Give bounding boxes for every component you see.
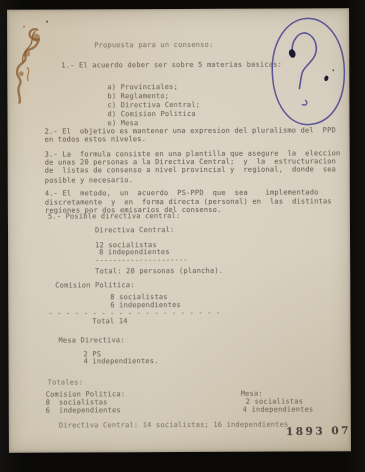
archive-number-stamp: 1893 07 (286, 425, 351, 438)
totales-header: Totales: (48, 378, 83, 387)
directiva-total: Total: 20 personas (plancha). (95, 267, 223, 276)
document-page: Propuesta para un consenso: 1.- El acuer… (7, 8, 351, 452)
agenda-item-a: a) Provinciales; (107, 83, 178, 92)
agenda-item-c: c) Directiva Central; (107, 101, 200, 110)
point-1: 1.- El acuerdo deber ser sobre 5 materia… (61, 61, 282, 70)
mesa-row: 4 independientes. (84, 357, 159, 366)
comision-header: Comision Politica: (55, 281, 135, 290)
point-2-line: en todos estos niveles. (45, 135, 147, 144)
agenda-item-b: b) Reglamento; (107, 92, 169, 101)
point-3-line: posible y necesario. (45, 176, 133, 185)
footer-summary-line: Directiva Central: 14 socialistas; 16 in… (59, 421, 289, 431)
rust-stain-icon (7, 17, 67, 112)
point-5-heading: 5.- Posible directiva central: (48, 212, 180, 221)
pen-question-mark-circle-icon (253, 8, 354, 138)
agenda-item-d: d) Comision Politica (107, 110, 195, 119)
document-title: Propuesta para un consenso: (94, 41, 213, 50)
ink-speck (46, 21, 48, 23)
totales-right-row: 4 independientes (243, 405, 314, 414)
divider-dashes: - - - - - - - - - - - - - - - - - - - - (48, 309, 220, 318)
directiva-header: Directiva Central: (95, 226, 175, 235)
divider-dashes: --------------------- (95, 256, 188, 265)
totales-left-row: 6 independientes (46, 406, 121, 415)
comision-total: Total 14 (92, 317, 127, 326)
mesa-header: Mesa Directiva: (58, 336, 124, 345)
point-3-line: de listas de consenso a nivel provincial… (45, 165, 336, 175)
